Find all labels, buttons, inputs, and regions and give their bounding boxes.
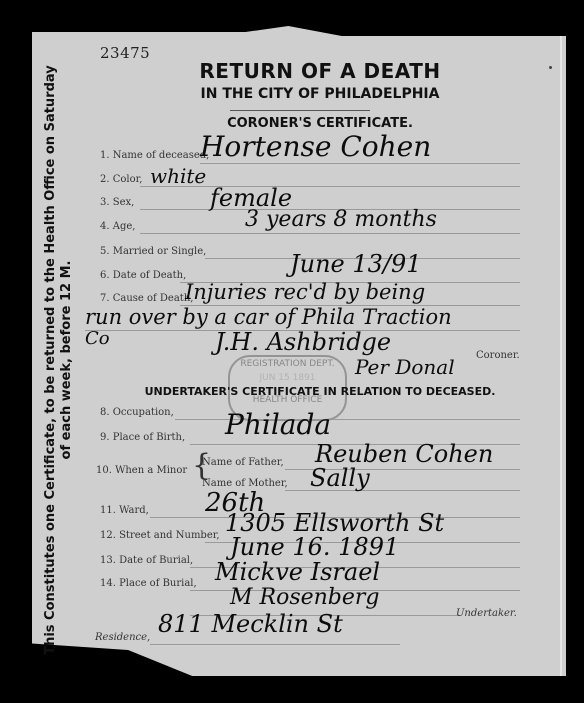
coroner-per: Per Donal bbox=[355, 355, 455, 379]
coroner-signature: J.H. Ashbridge bbox=[215, 328, 391, 356]
value-date-of-burial: June 16. 1891 bbox=[230, 533, 399, 561]
side-instruction: This Constitutes one Certificate, to be … bbox=[43, 40, 75, 680]
coroner-certificate-heading: CORONER'S CERTIFICATE. bbox=[28, 116, 584, 131]
label-undertaker: Undertaker. bbox=[456, 608, 517, 619]
label-age: 4. Age, bbox=[100, 221, 135, 232]
value-name: Hortense Cohen bbox=[200, 130, 431, 163]
value-residence: 811 Mecklin St bbox=[158, 610, 343, 638]
label-date-of-burial: 13. Date of Burial, bbox=[100, 555, 193, 566]
label-color: 2. Color, bbox=[100, 174, 142, 185]
label-place-of-birth: 9. Place of Birth, bbox=[100, 432, 185, 443]
paper-speck bbox=[549, 66, 552, 69]
line-name bbox=[200, 163, 520, 164]
document-subtitle: IN THE CITY OF PHILADELPHIA bbox=[28, 86, 584, 102]
label-occupation: 8. Occupation, bbox=[100, 407, 174, 418]
value-mother: Sally bbox=[310, 464, 370, 492]
label-ward: 11. Ward, bbox=[100, 505, 149, 516]
stamp-line1: REGISTRATION DEPT. bbox=[230, 357, 345, 371]
label-residence: Residence, bbox=[95, 632, 150, 643]
value-place-of-birth: Philada bbox=[225, 408, 331, 441]
value-cause-line1: Injuries rec'd by being bbox=[185, 280, 425, 304]
label-married: 5. Married or Single, bbox=[100, 246, 206, 257]
value-cause-line3: Co bbox=[85, 328, 110, 349]
value-cause-line2: run over by a car of Phila Traction bbox=[85, 305, 452, 329]
value-age: 3 years 8 months bbox=[245, 207, 437, 232]
undertaker-certificate-heading: UNDERTAKER'S CERTIFICATE IN RELATION TO … bbox=[28, 385, 584, 398]
label-sex: 3. Sex, bbox=[100, 197, 134, 208]
side-note-line2: of each week, before 12 M. bbox=[59, 40, 75, 680]
side-note-line1: This Constitutes one Certificate, to be … bbox=[43, 40, 59, 680]
label-name: 1. Name of deceased, bbox=[100, 150, 209, 161]
stamp-line2: JUN 15 1891 bbox=[230, 371, 345, 385]
undertaker-signature: M Rosenberg bbox=[230, 585, 380, 610]
divider bbox=[230, 110, 370, 111]
value-date-of-death: June 13/91 bbox=[290, 250, 422, 278]
line-residence bbox=[150, 644, 400, 645]
value-color: white bbox=[150, 164, 206, 188]
value-place-of-burial: Mickve Israel bbox=[215, 558, 380, 586]
label-place-of-burial: 14. Place of Burial, bbox=[100, 578, 197, 589]
line-age bbox=[140, 233, 520, 234]
document-title: RETURN OF A DEATH bbox=[28, 59, 584, 83]
label-street: 12. Street and Number, bbox=[100, 530, 220, 541]
label-when-minor: 10. When a Minor bbox=[96, 465, 187, 476]
label-coroner: Coroner. bbox=[476, 350, 520, 361]
label-date-of-death: 6. Date of Death, bbox=[100, 270, 186, 281]
label-cause: 7. Cause of Death, bbox=[100, 293, 193, 304]
label-father: Name of Father, bbox=[202, 457, 284, 468]
